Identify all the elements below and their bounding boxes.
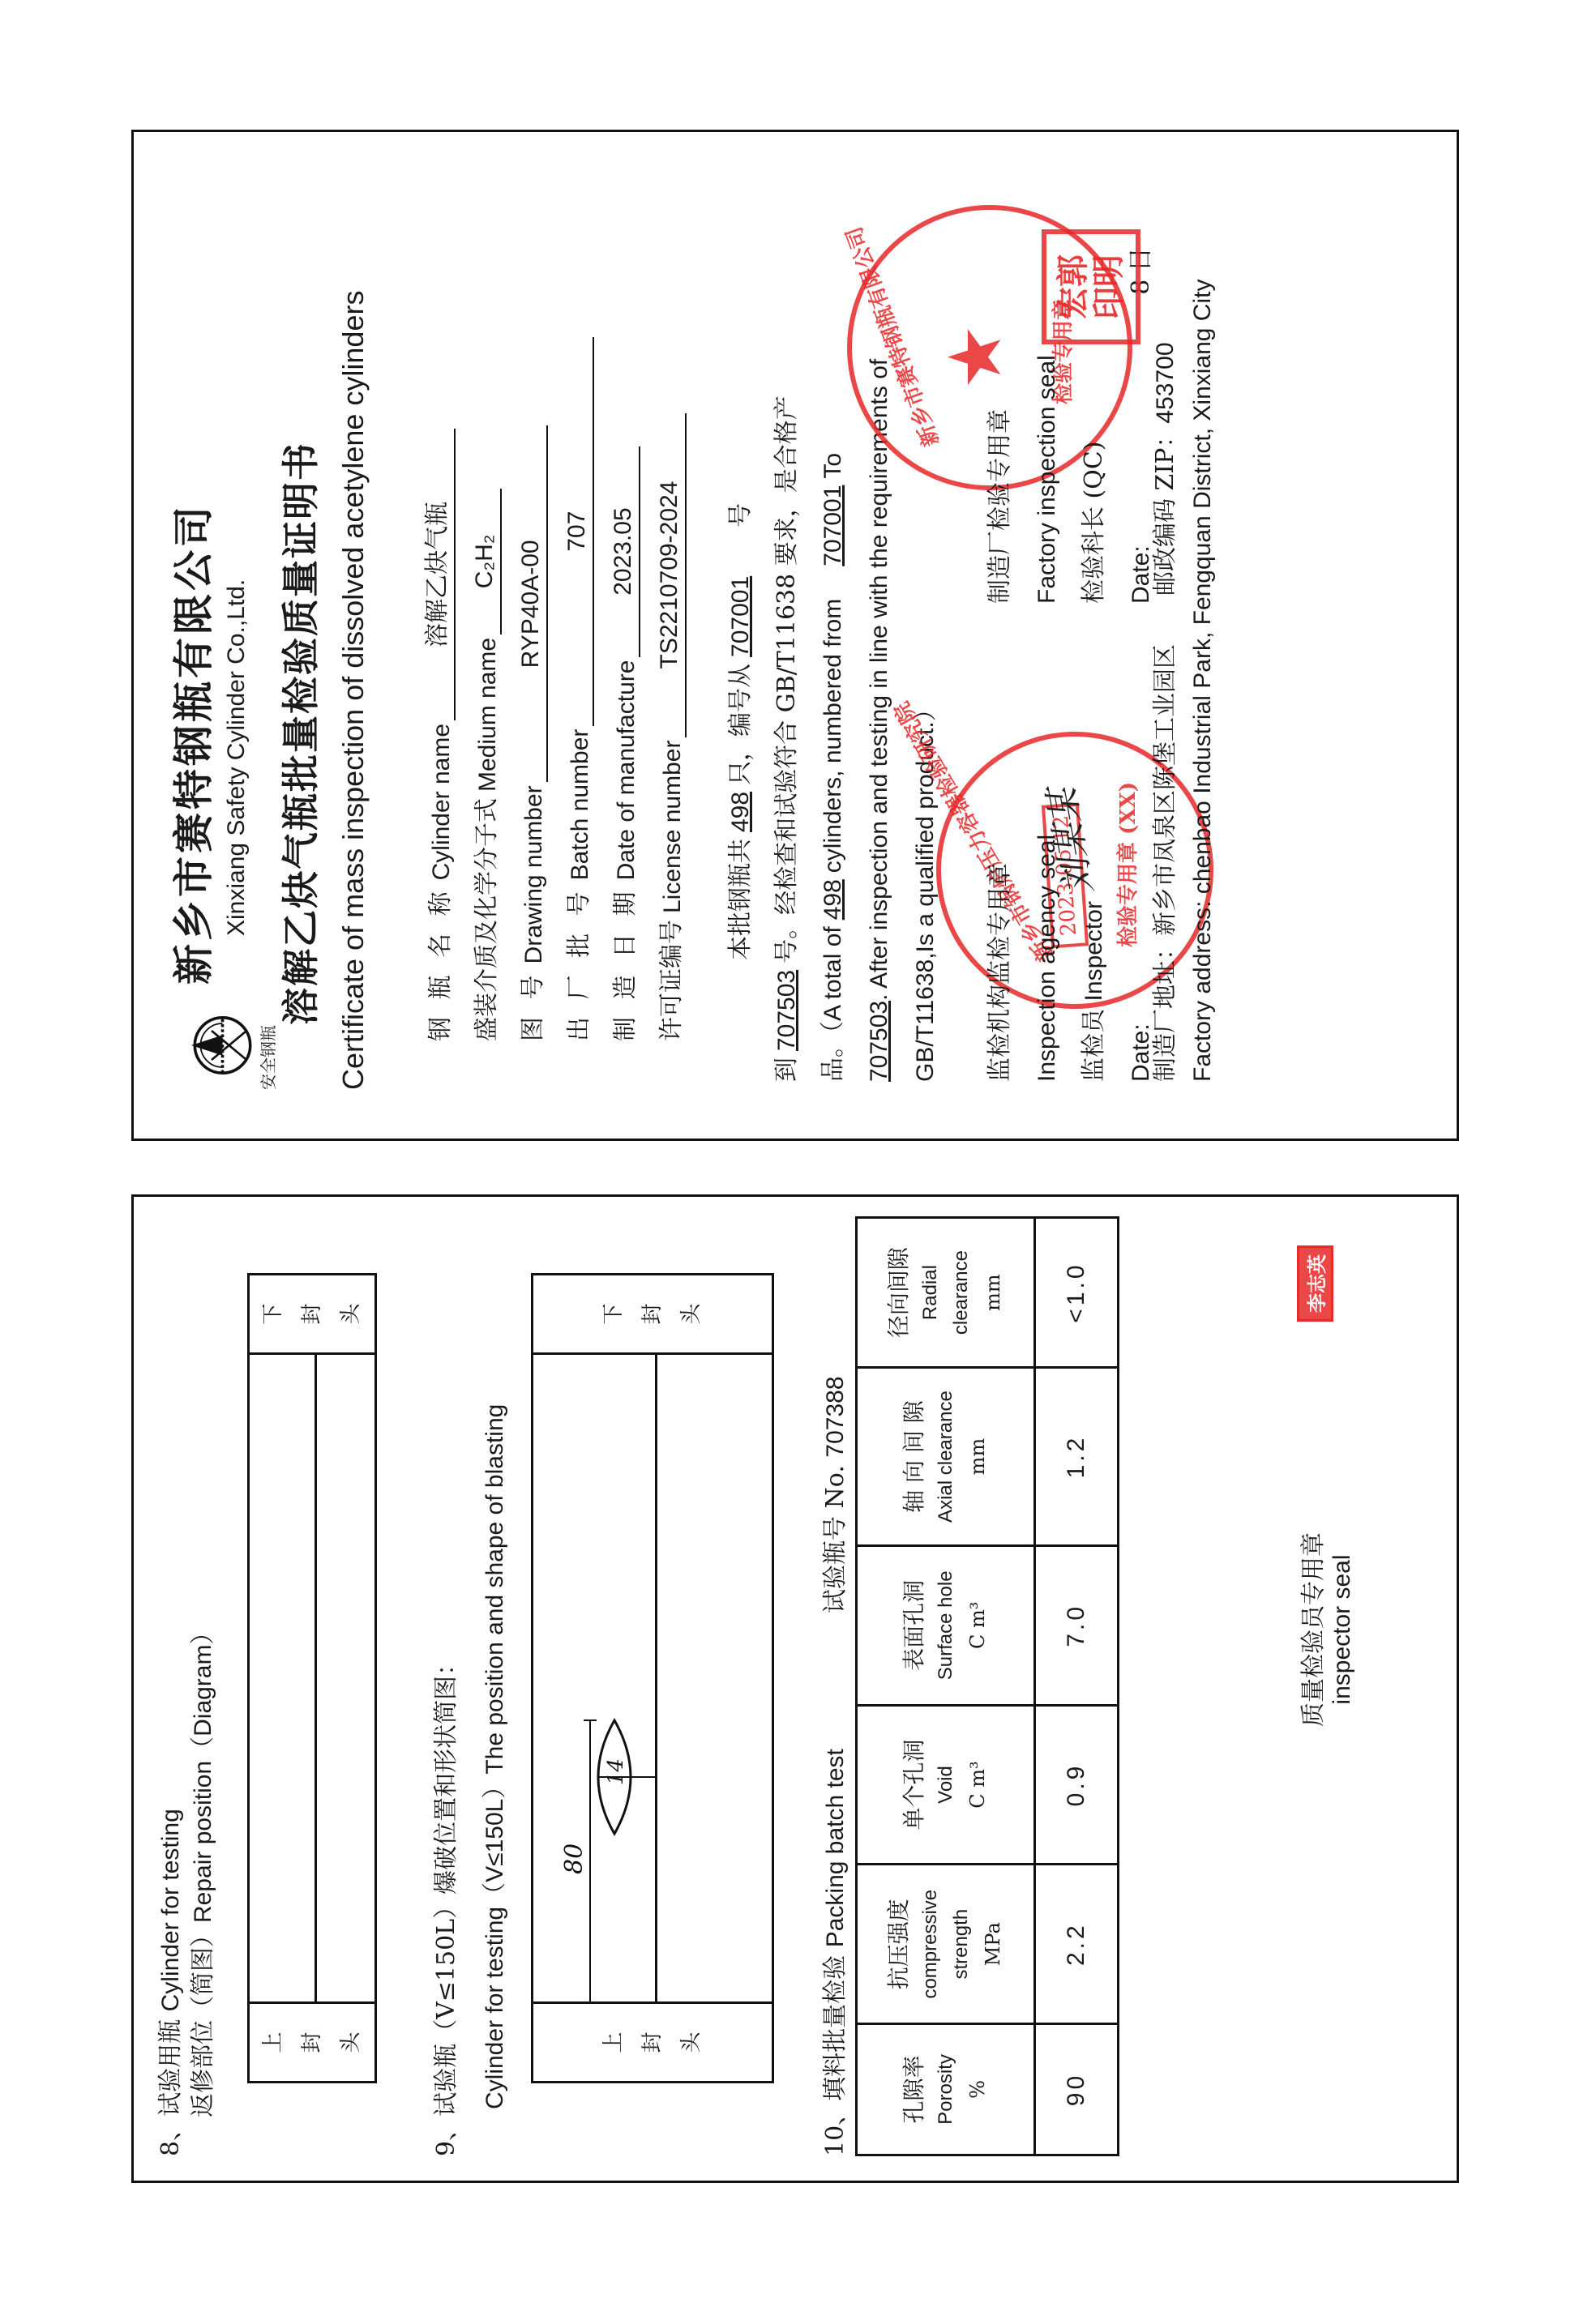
head-char: 封 <box>293 1304 332 1325</box>
field-label-cn: 盛装介质及化学分子式 <box>466 798 502 1041</box>
field-label-en: Medium name <box>474 638 502 792</box>
field-label-cn: 图 号 <box>512 970 548 1041</box>
logo-caption: 安全钢瓶 <box>255 1025 279 1090</box>
upper-head: 上 封 头 <box>250 2001 374 2081</box>
section-title-en: Cylinder for testing <box>157 1809 184 2011</box>
section-number: 10、 <box>821 2101 849 2156</box>
head-char: 上 <box>594 2032 633 2053</box>
blasting-diagram: 上 封 头 80 14 下 封 头 <box>531 1273 774 2083</box>
company-name-en: Xinxiang Safety Cylinder Co.,Ltd. <box>223 132 250 936</box>
factory-seal-label-cn: 制造厂检验专用章 <box>977 247 1024 604</box>
upper-head: 上 封 头 <box>533 2001 772 2081</box>
table-header-cell: 孔隙率Porosity% <box>857 2024 1035 2155</box>
blast-length-label: 14 <box>604 1758 628 1785</box>
statement-text: 只，编号从 <box>726 664 755 785</box>
head-char: 头 <box>332 2032 370 2053</box>
zip-label: 邮政编码 ZIP： <box>1151 424 1179 596</box>
head-char: 头 <box>672 2032 711 2053</box>
field-label-cn: 许可证编号 <box>651 920 687 1041</box>
field-label-en: Batch number <box>567 729 594 881</box>
section-title-en: Packing batch test <box>822 1749 849 1947</box>
inspector-seal-label-cn: 质量检验员专用章 <box>1293 1532 1329 1727</box>
field-drawing-number: 图 号 Drawing number RYP40A-00 <box>502 181 548 1041</box>
field-batch-number: 出 厂 批 号 Batch number 707 <box>548 181 594 1041</box>
statement-text: 品。 <box>819 1033 847 1082</box>
address-value-cn: 新乡市凤泉区陈堡工业园区 <box>1151 644 1179 936</box>
head-char: 头 <box>332 1304 370 1325</box>
head-char: 头 <box>672 1304 711 1325</box>
statement-text: 到 <box>772 1057 801 1082</box>
field-license-number: 许可证编号 License number TS2210709-2024 <box>640 181 687 1041</box>
radial-clearance-value: <1.0 <box>1035 1218 1119 1368</box>
field-label-en: Cylinder name <box>428 724 456 880</box>
company-name-cn: 新乡市赛特钢瓶有限公司 <box>161 132 220 985</box>
table-row: 90 2.2 0.9 7.0 1.2 <1.0 <box>1035 1218 1119 2155</box>
table-header-cell: 轴 向 间 隙Axial clearancemm <box>857 1368 1035 1546</box>
field-label-en: License number <box>659 741 687 913</box>
blast-distance-label: 80 <box>560 1843 588 1874</box>
field-cylinder-name: 钢 瓶 名 称 Cylinder name 溶解乙炔气瓶 <box>409 181 456 1041</box>
statement-text-en: cylinders, numbered from <box>819 599 846 873</box>
cylinder-axis-line <box>315 1352 317 2004</box>
field-label-cn: 出 厂 批 号 <box>558 886 594 1041</box>
agency-seal-label-cn: 监检机构监检专用章 <box>977 835 1024 1082</box>
field-label-en: Drawing number <box>520 785 548 963</box>
field-date-of-manufacture: 制 造 日 期 Date of manufacture 2023.05 <box>594 181 640 1041</box>
certificate-title-cn: 溶解乙炔气瓶批量检验质量证明书 <box>272 132 325 1025</box>
statement-text: 号 <box>726 503 755 528</box>
field-value: 溶解乙炔气瓶 <box>417 429 456 720</box>
field-label-cn: 制 造 日 期 <box>605 886 640 1041</box>
table-header-cell: 单个孔洞VoidC m³ <box>857 1705 1035 1865</box>
certificate-title-en: Certificate of mass inspection of dissol… <box>336 132 370 1090</box>
serial-from: 707001 <box>727 528 754 664</box>
statement-text: 本批钢瓶共 <box>726 839 755 960</box>
company-emblem-icon <box>182 1009 255 1082</box>
section-number: 9、 <box>432 2117 460 2156</box>
qc-name-seal: 宏郭 印明 <box>1042 229 1140 344</box>
test-bottle-number: 试验瓶号 No. 707388 <box>815 1376 850 1613</box>
table-header-row: 孔隙率Porosity% 抗压强度compressive strengthMPa… <box>857 1218 1035 2155</box>
inspector-label-cn: 监检员 <box>1080 1009 1108 1082</box>
packing-test-table: 孔隙率Porosity% 抗压强度compressive strengthMPa… <box>855 1216 1119 2156</box>
tests-panel-frame: 8、试验用瓶 Cylinder for testing 返修部位（简图）Repa… <box>131 1194 1459 2183</box>
section-number: 8、 <box>156 2117 185 2156</box>
test-bottle-label: 试验瓶号 No. <box>821 1465 849 1613</box>
field-label-en: Date of manufacture <box>613 660 640 881</box>
section-9-title-en: Cylinder for testing（V≤150L）The position… <box>474 1404 510 2109</box>
porosity-value: 90 <box>1035 2024 1119 2155</box>
factory-address: 制造厂地址：新乡市凤泉区陈堡工业园区邮政编码 ZIP：453700 Factor… <box>1147 164 1222 1082</box>
head-char: 下 <box>594 1304 633 1325</box>
statement-text: 号。经检查和试验符合 GB/T11638 要求，是合格产 <box>772 395 801 963</box>
statement-text-en: To <box>819 453 846 479</box>
zip-value: 453700 <box>1152 342 1179 423</box>
section-10-heading: 10、填料批量检验 Packing batch test <box>815 1749 850 2156</box>
cylinder-count: 498 <box>819 873 846 926</box>
certificate-panel: 安全钢瓶 新乡市赛特钢瓶有限公司 Xinxiang Safety Cylinde… <box>131 130 1459 1141</box>
address-label-cn: 制造厂地址： <box>1151 936 1179 1082</box>
certificate-fields: 钢 瓶 名 称 Cylinder name 溶解乙炔气瓶 盛装介质及化学分子式 … <box>409 181 687 1041</box>
field-value: TS2210709-2024 <box>656 413 687 737</box>
surface-hole-value: 7.0 <box>1035 1545 1119 1705</box>
cylinder-count: 498 <box>727 785 754 839</box>
serial-from: 707001 <box>819 479 846 599</box>
address-en: Factory address: chenbao Industrial Park… <box>1184 164 1222 1082</box>
head-char: 下 <box>254 1304 293 1325</box>
section-title-cn: 试验用瓶 <box>156 2019 185 2117</box>
head-char: 封 <box>633 1304 672 1325</box>
field-value: 2023.05 <box>610 446 640 657</box>
section-sub-en: Repair position（Diagram） <box>190 1621 216 1923</box>
head-char: 封 <box>293 2032 332 2053</box>
table-header-cell: 径向间隙Radial clearancemm <box>857 1218 1035 1368</box>
blast-shape-sketch: 80 14 <box>533 1348 772 2004</box>
inspector-name-stamp: 李志英 <box>1297 1245 1333 1322</box>
serial-to: 707503 <box>866 1001 892 1082</box>
inspector-seal-label-en: inspector seal <box>1329 1532 1356 1727</box>
section-8-subheading: 返修部位（简图）Repair position（Diagram） <box>182 1621 218 2117</box>
field-value: 707 <box>563 337 594 726</box>
serial-to: 707503 <box>773 963 800 1057</box>
field-medium-name: 盛装介质及化学分子式 Medium name C₂H₂ <box>456 181 502 1041</box>
statement-text-en: . After inspection and testing in line w… <box>866 359 892 1001</box>
table-header-cell: 抗压强度compressive strengthMPa <box>857 1865 1035 2024</box>
field-value: C₂H₂ <box>471 489 502 634</box>
repair-position-diagram: 上 封 头 下 封 头 <box>247 1273 377 2083</box>
field-label-cn: 钢 瓶 名 称 <box>420 886 456 1041</box>
section-title-cn: 填料批量检验 <box>821 1955 849 2101</box>
section-sub-cn: 返修部位（简图） <box>189 1923 217 2117</box>
void-value: 0.9 <box>1035 1705 1119 1865</box>
inspector-seal-block: 质量检验员专用章 inspector seal <box>1293 1532 1356 1727</box>
field-value: RYP40A-00 <box>517 425 548 782</box>
lower-head: 下 封 头 <box>533 1275 772 1355</box>
certificate-panel-frame: 安全钢瓶 新乡市赛特钢瓶有限公司 Xinxiang Safety Cylinde… <box>131 130 1459 1141</box>
test-bottle-value: 707388 <box>822 1376 849 1457</box>
section-9-heading: 9、试验瓶（V≤150L）爆破位置和形状简图： <box>426 1651 461 2156</box>
lower-head: 下 封 头 <box>250 1275 374 1355</box>
compressive-strength-value: 2.2 <box>1035 1865 1119 2024</box>
section-8-heading: 8、试验用瓶 Cylinder for testing <box>150 1809 186 2156</box>
head-char: 上 <box>254 2032 293 2053</box>
statement-text-en: （A total of <box>819 926 846 1033</box>
axial-clearance-value: 1.2 <box>1035 1368 1119 1546</box>
section-title-cn: 试验瓶（V≤150L）爆破位置和形状简图： <box>432 1651 460 2117</box>
inspector-label-en: Inspector <box>1080 901 1107 1001</box>
tests-panel: 8、试验用瓶 Cylinder for testing 返修部位（简图）Repa… <box>131 1194 1459 2183</box>
table-header-cell: 表面孔洞Surface holeC m³ <box>857 1545 1035 1705</box>
head-char: 封 <box>633 2032 672 2053</box>
